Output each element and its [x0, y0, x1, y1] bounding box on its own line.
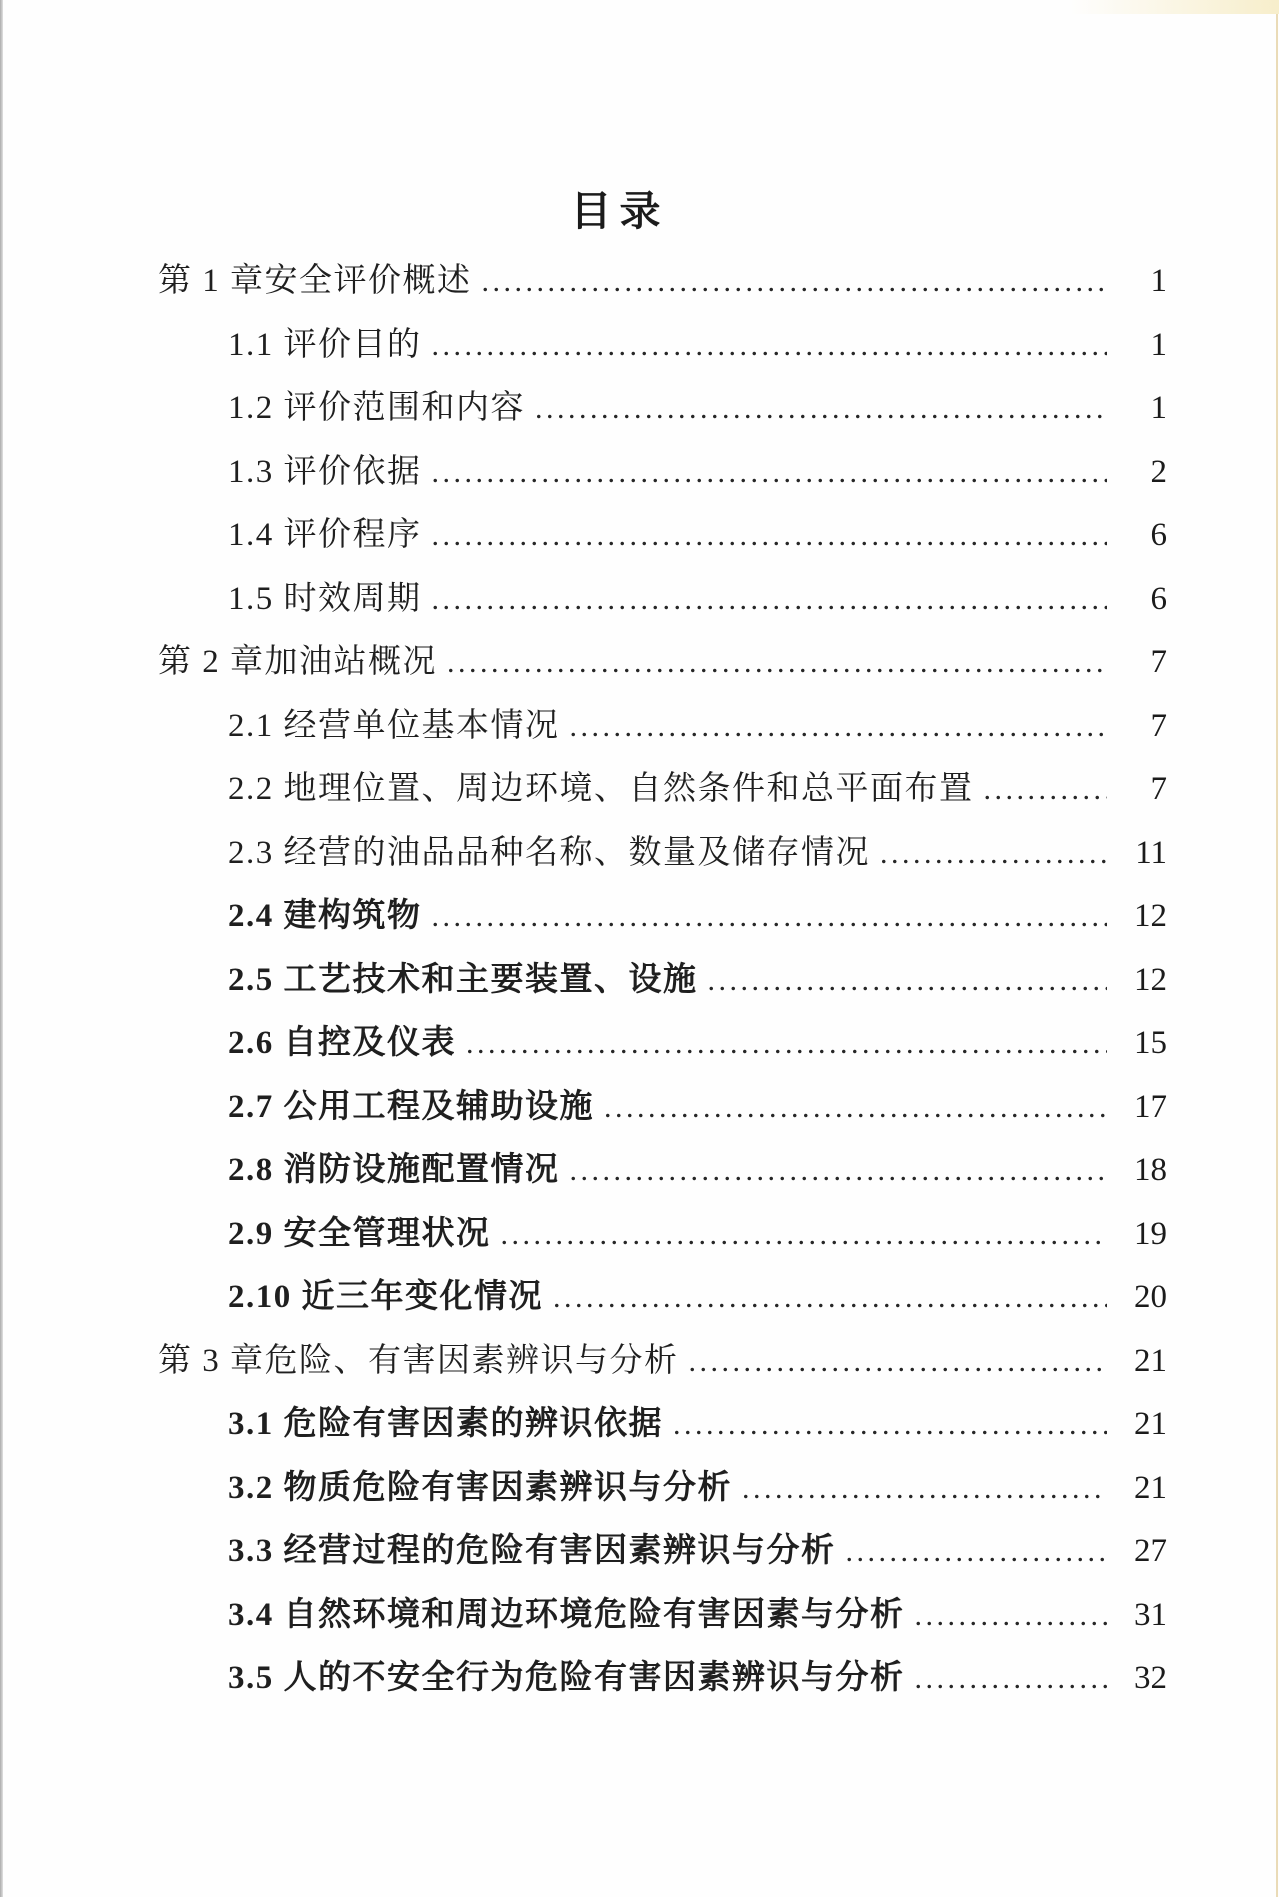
toc-list: 第 1 章安全评价概述 1 1.1 评价目的 1 1.2 评价范围和内容 1 1… [158, 250, 1167, 1711]
toc-entry-label: 1.2 评价范围和内容 [228, 377, 525, 441]
toc-entry-label: 2.5 工艺技术和主要装置、设施 [228, 949, 698, 1013]
toc-entry-label: 第 3 章危险、有害因素辨识与分析 [158, 1330, 679, 1394]
dot-leader [846, 1520, 1108, 1584]
toc-page-number: 1 [1115, 377, 1167, 441]
toc-page-number: 7 [1115, 758, 1167, 822]
toc-entry-label: 2.6 自控及仪表 [228, 1012, 456, 1076]
dot-leader [432, 314, 1108, 378]
toc-entry-label: 2.7 公用工程及辅助设施 [228, 1076, 594, 1140]
toc-page-number: 2 [1115, 441, 1167, 505]
toc-row: 3.4 自然环境和周边环境危险有害因素与分析 31 [158, 1584, 1167, 1648]
toc-entry-label: 3.1 危险有害因素的辨识依据 [228, 1393, 663, 1457]
toc-page-number: 19 [1115, 1203, 1167, 1267]
dot-leader [915, 1647, 1108, 1711]
scan-top-strip [1069, 0, 1279, 14]
dot-leader [915, 1584, 1108, 1648]
toc-entry-label: 2.1 经营单位基本情况 [228, 695, 560, 759]
toc-row: 第 2 章加油站概况 7 [158, 631, 1167, 695]
toc-page-number: 21 [1115, 1393, 1167, 1457]
toc-entry-label: 1.5 时效周期 [228, 568, 422, 632]
toc-page-number: 31 [1115, 1584, 1167, 1648]
toc-row: 1.1 评价目的 1 [158, 314, 1167, 378]
dot-leader [432, 504, 1108, 568]
toc-row: 1.3 评价依据 2 [158, 441, 1167, 505]
toc-row: 2.5 工艺技术和主要装置、设施 12 [158, 949, 1167, 1013]
toc-row: 2.8 消防设施配置情况 18 [158, 1139, 1167, 1203]
toc-entry-label: 第 1 章安全评价概述 [158, 250, 472, 314]
toc-page-number: 12 [1115, 949, 1167, 1013]
toc-page-number: 27 [1115, 1520, 1167, 1584]
dot-leader [466, 1012, 1107, 1076]
dot-leader [501, 1203, 1108, 1267]
toc-entry-label: 2.4 建构筑物 [228, 885, 422, 949]
toc-row: 1.4 评价程序 6 [158, 504, 1167, 568]
toc-page-number: 12 [1115, 885, 1167, 949]
toc-page-number: 21 [1115, 1457, 1167, 1521]
scan-right-edge [1276, 0, 1278, 1897]
toc-row: 3.3 经营过程的危险有害因素辨识与分析 27 [158, 1520, 1167, 1584]
toc-row: 2.9 安全管理状况 19 [158, 1203, 1167, 1267]
toc-page-number: 7 [1115, 695, 1167, 759]
toc-entry-label: 3.5 人的不安全行为危险有害因素辨识与分析 [228, 1647, 905, 1711]
toc-page-number: 6 [1115, 504, 1167, 568]
toc-page-number: 1 [1115, 250, 1167, 314]
toc-entry-label: 1.4 评价程序 [228, 504, 422, 568]
toc-page-number: 15 [1115, 1012, 1167, 1076]
dot-leader [742, 1457, 1107, 1521]
dot-leader [880, 822, 1107, 886]
toc-row: 第 1 章安全评价概述 1 [158, 250, 1167, 314]
dot-leader [482, 250, 1108, 314]
dot-leader [553, 1266, 1107, 1330]
dot-leader [432, 885, 1108, 949]
dot-leader [432, 568, 1108, 632]
toc-row: 2.7 公用工程及辅助设施 17 [158, 1076, 1167, 1140]
toc-entry-label: 2.10 近三年变化情况 [228, 1266, 543, 1330]
dot-leader [570, 1139, 1108, 1203]
toc-entry-label: 1.1 评价目的 [228, 314, 422, 378]
toc-page-number: 7 [1115, 631, 1167, 695]
toc-entry-label: 1.3 评价依据 [228, 441, 422, 505]
toc-entry-label: 2.2 地理位置、周边环境、自然条件和总平面布置 [228, 758, 974, 822]
toc-page-number: 6 [1115, 568, 1167, 632]
toc-page-number: 32 [1115, 1647, 1167, 1711]
dot-leader [984, 758, 1108, 822]
toc-entry-label: 第 2 章加油站概况 [158, 631, 437, 695]
toc-entry-label: 2.3 经营的油品品种名称、数量及储存情况 [228, 822, 870, 886]
toc-row: 2.1 经营单位基本情况 7 [158, 695, 1167, 759]
toc-row: 1.5 时效周期 6 [158, 568, 1167, 632]
toc-entry-label: 2.8 消防设施配置情况 [228, 1139, 560, 1203]
toc-page-number: 1 [1115, 314, 1167, 378]
toc-row: 2.3 经营的油品品种名称、数量及储存情况 11 [158, 822, 1167, 886]
toc-entry-label: 3.4 自然环境和周边环境危险有害因素与分析 [228, 1584, 905, 1648]
toc-row: 2.6 自控及仪表 15 [158, 1012, 1167, 1076]
toc-row: 1.2 评价范围和内容 1 [158, 377, 1167, 441]
dot-leader [673, 1393, 1107, 1457]
toc-page-number: 20 [1115, 1266, 1167, 1330]
toc-entry-label: 3.3 经营过程的危险有害因素辨识与分析 [228, 1520, 836, 1584]
toc-row: 第 3 章危险、有害因素辨识与分析 21 [158, 1330, 1167, 1394]
toc-row: 3.2 物质危险有害因素辨识与分析 21 [158, 1457, 1167, 1521]
dot-leader [689, 1330, 1108, 1394]
dot-leader [535, 377, 1107, 441]
toc-row: 2.4 建构筑物 12 [158, 885, 1167, 949]
toc-entry-label: 2.9 安全管理状况 [228, 1203, 491, 1267]
scan-left-edge [0, 0, 3, 1897]
toc-page-number: 18 [1115, 1139, 1167, 1203]
toc-row: 2.2 地理位置、周边环境、自然条件和总平面布置 7 [158, 758, 1167, 822]
toc-row: 3.5 人的不安全行为危险有害因素辨识与分析 32 [158, 1647, 1167, 1711]
dot-leader [447, 631, 1107, 695]
toc-entry-label: 3.2 物质危险有害因素辨识与分析 [228, 1457, 732, 1521]
toc-row: 3.1 危险有害因素的辨识依据 21 [158, 1393, 1167, 1457]
toc-page-number: 21 [1115, 1330, 1167, 1394]
toc-page-number: 11 [1115, 822, 1167, 886]
dot-leader [708, 949, 1108, 1013]
document-page: 目录 第 1 章安全评价概述 1 1.1 评价目的 1 1.2 评价范围和内容 … [0, 0, 1279, 1897]
dot-leader [432, 441, 1108, 505]
toc-row: 2.10 近三年变化情况 20 [158, 1266, 1167, 1330]
toc-page-number: 17 [1115, 1076, 1167, 1140]
dot-leader [570, 695, 1108, 759]
dot-leader [604, 1076, 1107, 1140]
toc-title: 目录 [0, 178, 1259, 237]
